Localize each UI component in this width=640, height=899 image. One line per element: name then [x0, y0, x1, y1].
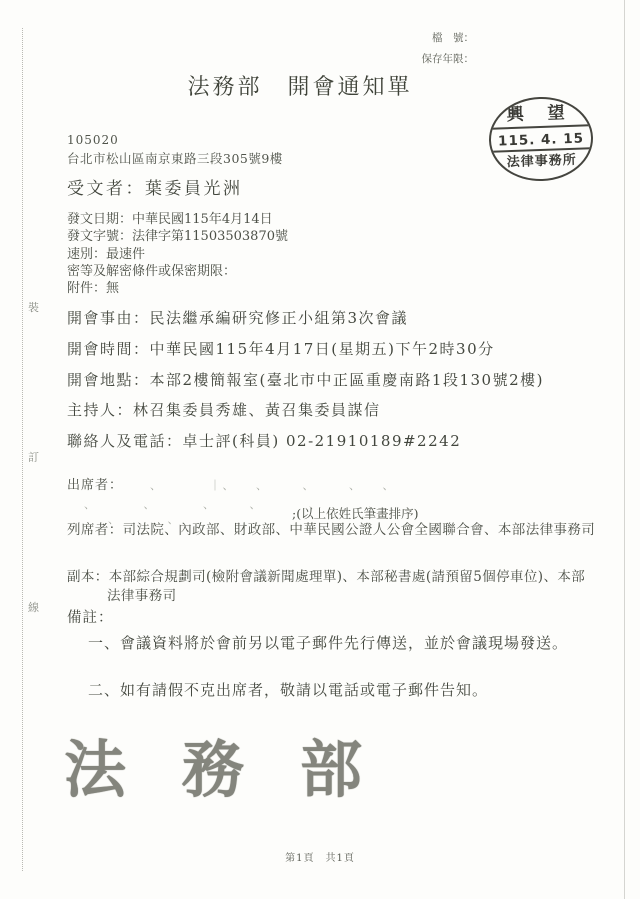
- meeting-row-contact: 聯絡人及電話：卓士評(科員) 02-21910189#2242: [67, 426, 544, 457]
- attendees-label: 出席者：: [67, 474, 123, 493]
- redacted-attendee-names-line1: 、 ｜、 、 、 、 、: [150, 477, 396, 493]
- field-value: 法律字第11503503870號: [132, 229, 288, 244]
- field-label: 開會時間：: [67, 340, 150, 358]
- page-number-footer: 第1頁 共1頁: [0, 849, 640, 864]
- field-value: 中華民國115年4月14日: [132, 212, 273, 227]
- recipient-zipcode: 105020: [67, 133, 119, 147]
- document-meta-block: 發文日期：中華民國115年4月14日 發文字號：法律字第11503503870號…: [67, 211, 288, 297]
- remark-item-2: 二、如有請假不克出席者，敬請以電話或電子郵件告知。: [88, 677, 588, 703]
- meeting-row-location: 開會地點：本部2樓簡報室(臺北市中正區重慶南路1段130號2樓): [67, 365, 544, 396]
- meta-row-classification: 密等及解密條件或保密期限：: [67, 263, 288, 280]
- meta-row-doc-number: 發文字號：法律字第11503503870號: [67, 228, 288, 245]
- binding-mark-ding: 訂: [28, 449, 39, 465]
- scan-edge-line: [624, 0, 625, 899]
- meta-row-issue-date: 發文日期：中華民國115年4月14日: [67, 211, 288, 228]
- retention-period-label: 保存年限：: [398, 49, 474, 70]
- field-label: 附件：: [67, 281, 106, 296]
- meta-row-attachment: 附件：無: [67, 280, 288, 297]
- file-number-block: 檔 號： 保存年限：: [398, 28, 474, 70]
- field-label: 密等及解密條件或保密期限：: [67, 264, 236, 279]
- field-label: 開會地點：: [67, 371, 150, 389]
- binding-mark-xian: 線: [28, 599, 39, 615]
- field-label: 發文日期：: [67, 212, 132, 227]
- field-value: 中華民國115年4月17日(星期五)下午2時30分: [150, 340, 495, 358]
- recipient-line: 受文者：葉委員光洲: [67, 174, 243, 199]
- file-number-label: 檔 號：: [398, 28, 474, 49]
- meta-row-speed: 速別：最速件: [67, 246, 288, 263]
- field-label: 主持人：: [67, 401, 133, 419]
- remark-item-1: 一、會議資料將於會前另以電子郵件先行傳送，並於會議現場發送。: [88, 630, 588, 656]
- document-title: 法務部 開會通知單: [140, 70, 460, 101]
- meeting-row-chairpersons: 主持人：林召集委員秀雄、黃召集委員謀信: [67, 395, 544, 426]
- field-value: 林召集委員秀雄、黃召集委員謀信: [133, 401, 381, 419]
- field-value: 無: [106, 281, 119, 296]
- copy-to-line: 副本：本部綜合規劃司(檢附會議新聞處理單)、本部秘書處(請預留5個停車位)、本部…: [67, 568, 595, 605]
- field-value: 民法繼承編研究修正小組第3次會議: [150, 309, 409, 327]
- stamp-firm-name: 興 望: [490, 97, 591, 127]
- field-label: 速別：: [67, 247, 106, 262]
- ministry-of-justice-seal: 法務部: [64, 720, 418, 809]
- field-label: 發文字號：: [67, 229, 132, 244]
- field-value: 最速件: [106, 247, 145, 262]
- field-label: 聯絡人及電話：: [67, 432, 183, 450]
- scanned-document-page: 裝 訂 線 檔 號： 保存年限： 法務部 開會通知單 興 望 115. 4. 1…: [0, 0, 640, 899]
- meeting-details-block: 開會事由：民法繼承編研究修正小組第3次會議 開會時間：中華民國115年4月17日…: [67, 303, 544, 457]
- observers-line: 列席者：司法院、內政部、財政部、中華民國公證人公會全國聯合會、本部法律事務司: [67, 521, 612, 539]
- field-value: 卓士評(科員) 02-21910189#2242: [183, 432, 462, 450]
- field-label: 開會事由：: [67, 309, 150, 327]
- recipient-address: 台北市松山區南京東路三段305號9樓: [67, 149, 283, 167]
- remarks-label: 備註：: [67, 606, 114, 627]
- stamp-office-type: 法律事務所: [491, 149, 592, 178]
- field-value: 本部2樓簡報室(臺北市中正區重慶南路1段130號2樓): [150, 371, 544, 389]
- law-firm-date-stamp: 興 望 115. 4. 15 法律事務所: [488, 95, 595, 183]
- binding-mark-zhuang: 裝: [28, 299, 39, 315]
- binding-fold-dotted-line: [22, 28, 23, 871]
- attendees-sort-note: ;(以上依姓氏筆畫排序): [292, 504, 418, 522]
- meeting-row-time: 開會時間：中華民國115年4月17日(星期五)下午2時30分: [67, 334, 544, 365]
- meeting-row-subject: 開會事由：民法繼承編研究修正小組第3次會議: [67, 303, 544, 334]
- stamp-received-date: 115. 4. 15: [491, 124, 592, 152]
